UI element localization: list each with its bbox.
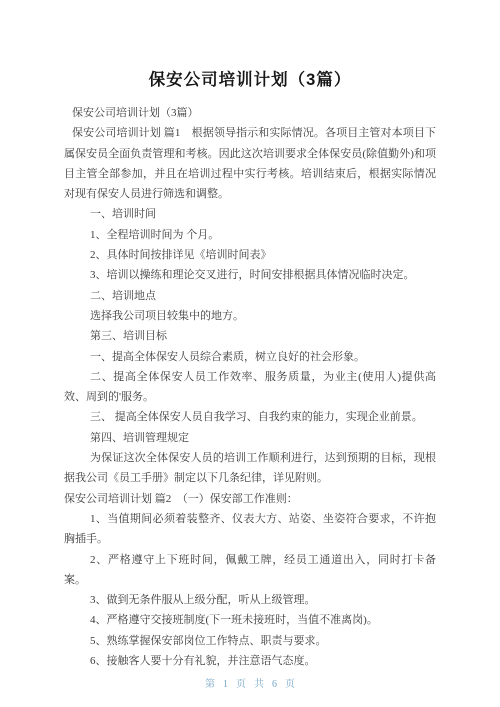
paragraph: 一、提高全体保安人员综合素质，树立良好的社会形象。 [64, 347, 436, 367]
paragraph: 3、做到无条件服从上级分配，听从上级管理。 [64, 590, 436, 610]
paragraph: 为保证这次全体保安人员的培训工作顺利进行，达到预期的目标，现根据我公司《员工手册… [64, 448, 436, 489]
document-title: 保安公司培训计划（3篇） [64, 67, 436, 93]
paragraph: 一、培训时间 [64, 204, 436, 224]
footer-prefix: 第 [205, 679, 215, 690]
page-footer: 第1页共6页 [64, 677, 436, 693]
footer-current-page: 1 [223, 679, 228, 690]
paragraph: 保安公司培训计划 篇1 根据领导指示和实际情况。各项目主管对本项目下属保安员全面… [64, 123, 436, 204]
paragraph: 二、提高全体保安人员工作效率、服务质量，为业主(使用人)提供高效、周到的'服务。 [64, 367, 436, 408]
document-body: 保安公司培训计划（3篇） 保安公司培训计划 篇1 根据领导指示和实际情况。各项目… [64, 103, 436, 671]
paragraph: 三、 提高全体保安人员自我学习、自我约束的能力，实现企业前景。 [64, 407, 436, 427]
paragraph: 选择我公司项目较集中的地方。 [64, 306, 436, 326]
paragraph: 6、接触客人要十分有礼貌，并注意语气态度。 [64, 651, 436, 671]
paragraph: 5、熟练掌握保安部岗位工作特点、职责与要求。 [64, 631, 436, 651]
footer-total-unit: 页 [285, 679, 295, 690]
paragraph: 第三、培训目标 [64, 326, 436, 346]
paragraph: 保安公司培训计划（3篇） [64, 103, 436, 123]
footer-separator: 共 [254, 679, 264, 690]
paragraph: 第四、培训管理规定 [64, 428, 436, 448]
paragraph: 1、当值期间必须着装整齐、仪表大方、站姿、坐姿符合要求，不许抱胸插手。 [64, 509, 436, 550]
paragraph: 保安公司培训计划 篇2 （一）保安部工作准则： [64, 489, 436, 509]
paragraph: 3、培训以操练和理论交叉进行，时间安排根据具体情况临时决定。 [64, 265, 436, 285]
paragraph: 1、全程培训时间为 个月。 [64, 225, 436, 245]
paragraph: 二、培训地点 [64, 286, 436, 306]
footer-page-unit: 页 [236, 679, 246, 690]
paragraph: 4、严格遵守交接班制度(下一班未接班时，当值不准离岗)。 [64, 610, 436, 630]
footer-total-pages: 6 [272, 679, 277, 690]
document-page: 保安公司培训计划（3篇） 保安公司培训计划（3篇） 保安公司培训计划 篇1 根据… [0, 0, 500, 707]
paragraph: 2、具体时间按排详见《培训时间表》 [64, 245, 436, 265]
paragraph: 2、严格遵守上下班时间，佩戴工牌，经员工通道出入，同时打卡备案。 [64, 550, 436, 591]
